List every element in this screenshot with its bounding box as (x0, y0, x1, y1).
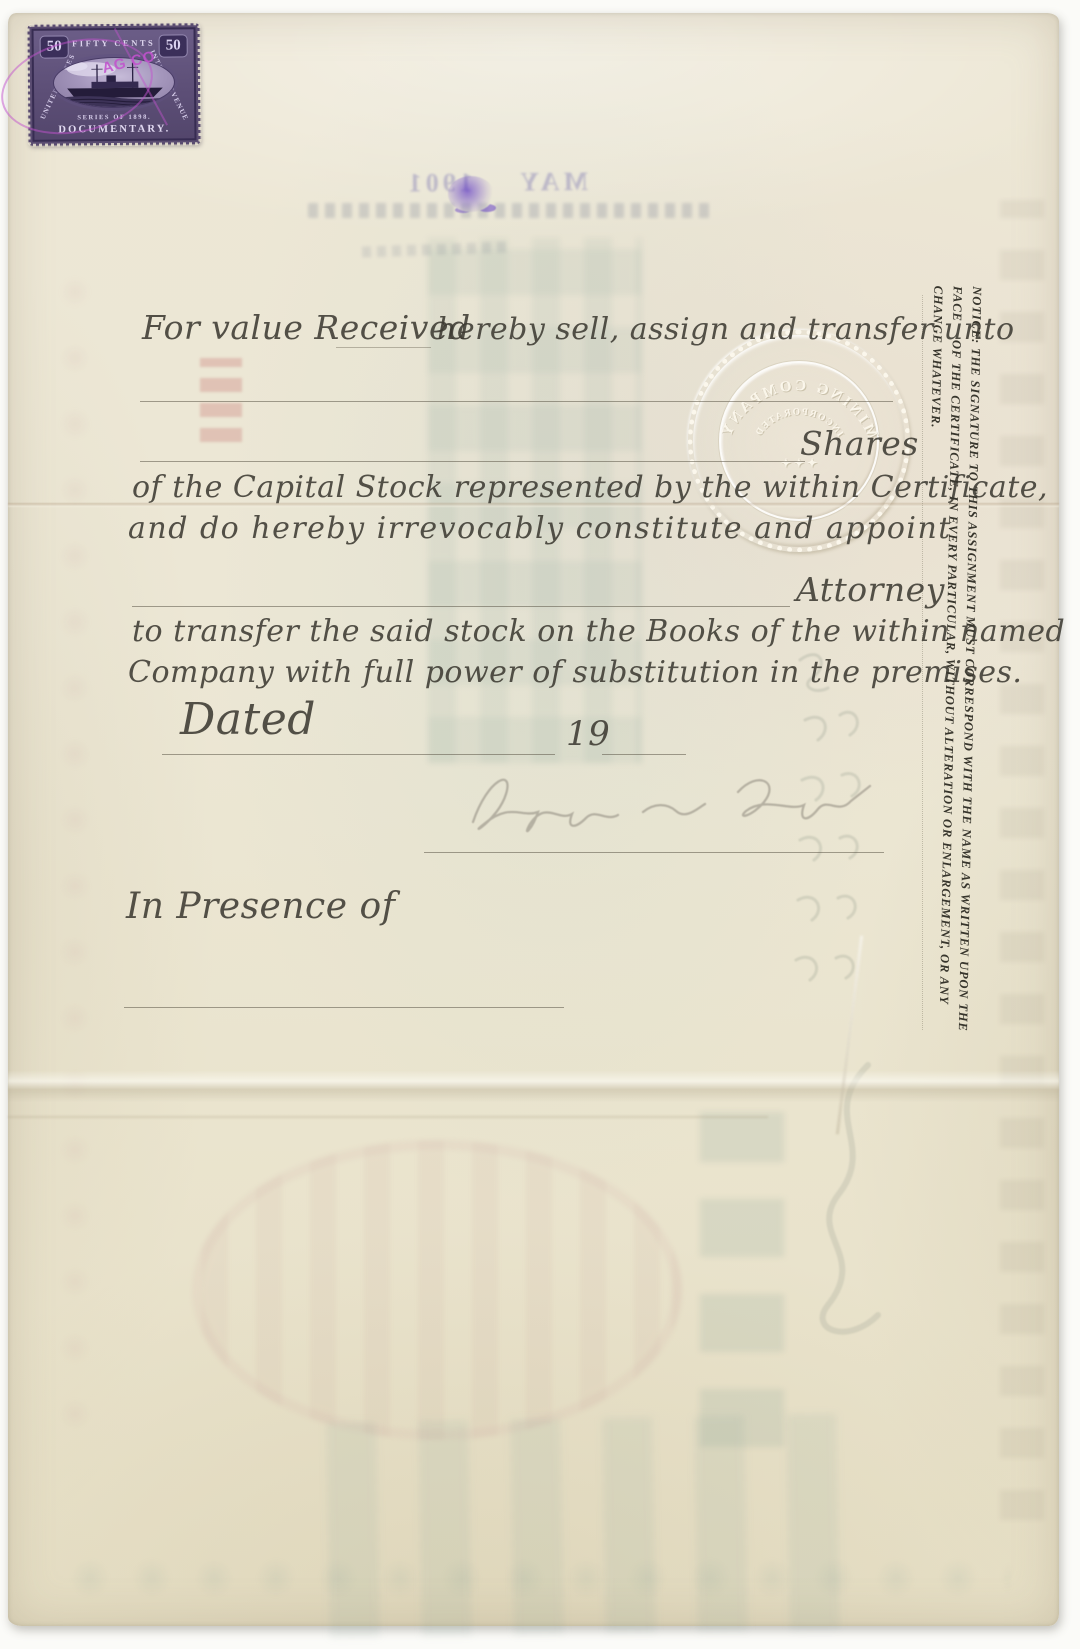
blank-transferee-line (140, 401, 893, 402)
blank-shares-line (140, 461, 805, 462)
witness-label: In Presence of (126, 886, 395, 927)
bleedthrough-right-streaks (1000, 200, 1044, 1520)
fold-shadow-line (8, 1116, 768, 1118)
blank-witness-line (124, 1007, 564, 1008)
bleedthrough-front-heading (308, 203, 712, 218)
blank-date-line (162, 754, 555, 755)
bleedthrough-certificate-number (200, 358, 242, 442)
bleedthrough-border-scallops (60, 1540, 1010, 1618)
form-line3: and do hereby irrevocably constitute and… (128, 511, 952, 546)
form-line1-left: For value Received (142, 308, 471, 347)
bleedthrough-ornate-oval (192, 1140, 682, 1440)
scanned-certificate-back: MAY 1901 MINING COMPANY (0, 0, 1080, 1649)
blank-attorney-line (132, 606, 790, 607)
year-prefix: 19 (566, 714, 610, 754)
blank-year-line (602, 754, 686, 755)
form-line5: Company with full power of substitution … (128, 655, 1022, 690)
revenue-stamp: 50 50 FIFTY CENTS UNITED STATES INTER. R… (27, 23, 200, 145)
purple-ink-blot (448, 176, 494, 212)
horizontal-fold-crease-middle (8, 1070, 1059, 1102)
form-line2: of the Capital Stock represented by the … (132, 470, 1048, 505)
bleedthrough-left-border (46, 260, 104, 1440)
blank-assignor-name (336, 347, 431, 348)
dated-label: Dated (180, 694, 316, 745)
signature-pencil (418, 760, 890, 848)
shares-label: Shares (800, 424, 919, 463)
signature-line (424, 852, 884, 853)
